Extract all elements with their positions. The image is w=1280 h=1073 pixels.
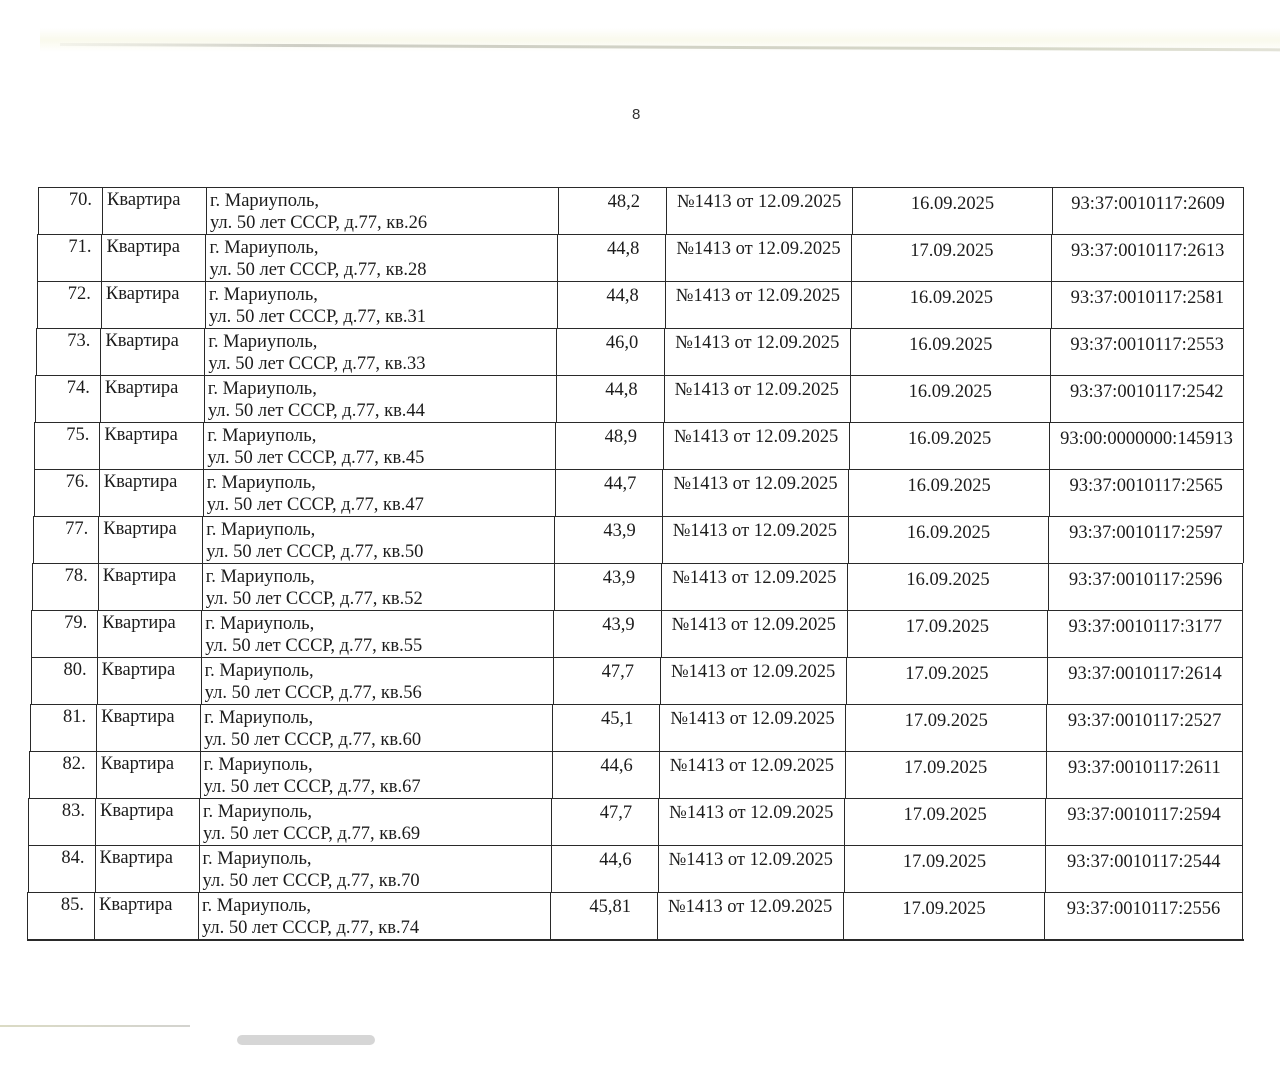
object-type-cell: Квартира (98, 564, 202, 610)
object-type: Квартира (106, 237, 180, 257)
cadastral-number-cell: 93:37:0010117:2544 (1045, 846, 1244, 892)
cadastral-number: 93:00:0000000:145913 (1060, 429, 1233, 449)
row-number: 71. (68, 237, 91, 257)
area-value-cell: 47,7 (553, 658, 660, 704)
object-type: Квартира (102, 613, 176, 633)
table-row: 79.Квартираг. Мариуполь,ул. 50 лет СССР,… (31, 610, 1243, 657)
area-value: 43,9 (603, 568, 635, 588)
object-type-cell: Квартира (99, 423, 203, 469)
address-cell: г. Мариуполь,ул. 50 лет СССР, д.77, кв.2… (205, 235, 557, 281)
area-value-cell: 45,1 (552, 705, 659, 751)
area-value: 47,7 (600, 803, 632, 823)
cadastral-number: 93:37:0010117:2611 (1068, 758, 1221, 778)
row-number: 83. (62, 801, 85, 821)
registration-date-cell: 16.09.2025 (850, 329, 1050, 375)
address-cell: г. Мариуполь,ул. 50 лет СССР, д.77, кв.6… (200, 752, 552, 798)
address-street: ул. 50 лет СССР, д.77, кв.44 (208, 400, 556, 422)
row-number-cell: 75. (34, 423, 99, 469)
address-cell: г. Мариуполь,ул. 50 лет СССР, д.77, кв.4… (203, 470, 555, 516)
address-street: ул. 50 лет СССР, д.77, кв.70 (203, 870, 551, 892)
row-number-cell: 85. (27, 893, 94, 939)
address-city: г. Мариуполь, (209, 237, 557, 259)
order-reference: №1413 от 12.09.2025 (673, 521, 837, 541)
address-street: ул. 50 лет СССР, д.77, кв.26 (210, 212, 558, 234)
address-street: ул. 50 лет СССР, д.77, кв.67 (204, 776, 552, 798)
area-value-cell: 44,8 (557, 282, 665, 328)
address-city: г. Мариуполь, (208, 378, 556, 400)
area-value-cell: 46,0 (556, 329, 664, 375)
area-value: 44,7 (604, 474, 636, 494)
order-reference: №1413 от 12.09.2025 (676, 286, 840, 306)
object-type: Квартира (103, 519, 177, 539)
row-number-cell: 76. (34, 470, 99, 516)
cadastral-number-cell: 93:37:0010117:3177 (1047, 611, 1243, 657)
registration-date: 17.09.2025 (903, 852, 986, 872)
registration-date: 16.09.2025 (908, 429, 991, 449)
address-street: ул. 50 лет СССР, д.77, кв.55 (205, 635, 553, 657)
registration-date-cell: 16.09.2025 (851, 282, 1051, 328)
order-reference-cell: №1413 от 12.09.2025 (659, 752, 845, 798)
area-value-cell: 43,9 (553, 611, 660, 657)
address-cell: г. Мариуполь,ул. 50 лет СССР, д.77, кв.7… (199, 846, 551, 892)
registration-date: 17.09.2025 (905, 711, 988, 731)
table-row: 83.Квартираг. Мариуполь,ул. 50 лет СССР,… (28, 798, 1243, 845)
cadastral-number-cell: 93:37:0010117:2609 (1052, 188, 1244, 234)
row-number: 77. (65, 519, 88, 539)
cadastral-number-cell: 93:00:0000000:145913 (1049, 423, 1243, 469)
address-street: ул. 50 лет СССР, д.77, кв.74 (202, 917, 550, 939)
cadastral-number-cell: 93:37:0010117:2527 (1046, 705, 1243, 751)
address-city: г. Мариуполь, (204, 754, 552, 776)
row-number: 79. (64, 613, 87, 633)
object-type: Квартира (100, 801, 174, 821)
object-type-cell: Квартира (100, 329, 204, 375)
registration-date-cell: 16.09.2025 (850, 376, 1050, 422)
row-number: 78. (65, 566, 88, 586)
table-row: 77.Квартираг. Мариуполь,ул. 50 лет СССР,… (33, 516, 1244, 563)
registration-date-cell: 17.09.2025 (844, 846, 1045, 892)
registration-date-cell: 17.09.2025 (844, 799, 1045, 845)
object-type-cell: Квартира (102, 188, 206, 234)
order-reference: №1413 от 12.09.2025 (670, 709, 834, 729)
registration-date-cell: 17.09.2025 (847, 611, 1048, 657)
area-value-cell: 44,8 (556, 376, 664, 422)
area-value: 44,6 (600, 756, 632, 776)
cadastral-number-cell: 93:37:0010117:2596 (1048, 564, 1244, 610)
order-reference-cell: №1413 от 12.09.2025 (658, 799, 844, 845)
area-value-cell: 48,2 (558, 188, 666, 234)
order-reference-cell: №1413 от 12.09.2025 (664, 329, 850, 375)
area-value: 48,9 (605, 427, 637, 447)
object-type-cell: Квартира (98, 517, 202, 563)
area-value: 45,81 (589, 897, 631, 917)
row-number-cell: 77. (33, 517, 98, 563)
row-number-cell: 80. (31, 658, 97, 704)
area-value-cell: 45,81 (550, 893, 657, 939)
order-reference: №1413 от 12.09.2025 (668, 897, 832, 917)
registration-date: 17.09.2025 (906, 617, 989, 637)
table-row: 76.Квартираг. Мариуполь,ул. 50 лет СССР,… (34, 469, 1244, 516)
object-type: Квартира (101, 754, 175, 774)
order-reference-cell: №1413 от 12.09.2025 (661, 564, 847, 610)
registration-date-cell: 17.09.2025 (846, 658, 1047, 704)
address-city: г. Мариуполь, (204, 707, 552, 729)
address-street: ул. 50 лет СССР, д.77, кв.50 (206, 541, 554, 563)
property-table: 70.Квартираг. Мариуполь,ул. 50 лет СССР,… (0, 0, 1280, 1073)
registration-date-cell: 17.09.2025 (843, 893, 1044, 939)
object-type: Квартира (103, 566, 177, 586)
table-row: 75.Квартираг. Мариуполь,ул. 50 лет СССР,… (34, 422, 1243, 469)
table-row: 80.Квартираг. Мариуполь,ул. 50 лет СССР,… (31, 657, 1244, 704)
address-cell: г. Мариуполь,ул. 50 лет СССР, д.77, кв.5… (201, 658, 553, 704)
cadastral-number-cell: 93:37:0010117:2553 (1050, 329, 1243, 375)
registration-date: 16.09.2025 (909, 335, 992, 355)
row-number: 72. (68, 284, 91, 304)
row-number-cell: 82. (29, 752, 95, 798)
area-value-cell: 44,8 (557, 235, 665, 281)
object-type: Квартира (104, 425, 178, 445)
object-type-cell: Квартира (94, 893, 198, 939)
registration-date-cell: 16.09.2025 (852, 188, 1052, 234)
address-city: г. Мариуполь, (205, 613, 553, 635)
address-street: ул. 50 лет СССР, д.77, кв.60 (204, 729, 552, 751)
registration-date: 16.09.2025 (906, 570, 989, 590)
address-city: г. Мариуполь, (202, 895, 550, 917)
object-type-cell: Квартира (101, 235, 205, 281)
object-type-cell: Квартира (97, 658, 201, 704)
registration-date-cell: 16.09.2025 (848, 517, 1048, 563)
address-cell: г. Мариуполь,ул. 50 лет СССР, д.77, кв.3… (205, 282, 557, 328)
row-number: 84. (61, 848, 84, 868)
cadastral-number-cell: 93:37:0010117:2542 (1050, 376, 1244, 422)
area-value-cell: 44,6 (551, 846, 658, 892)
address-city: г. Мариуполь, (205, 660, 553, 682)
object-type-cell: Квартира (101, 282, 205, 328)
table-row: 74.Квартираг. Мариуполь,ул. 50 лет СССР,… (35, 375, 1244, 422)
object-type: Квартира (102, 660, 176, 680)
row-number-cell: 78. (32, 564, 98, 610)
area-value-cell: 43,9 (554, 564, 661, 610)
cadastral-number: 93:37:0010117:3177 (1069, 617, 1222, 637)
area-value-cell: 43,9 (554, 517, 662, 563)
row-number: 81. (63, 707, 86, 727)
order-reference: №1413 от 12.09.2025 (670, 756, 834, 776)
object-type: Квартира (99, 895, 173, 915)
order-reference: №1413 от 12.09.2025 (675, 333, 839, 353)
registration-date-cell: 17.09.2025 (845, 752, 1046, 798)
row-number: 73. (67, 331, 90, 351)
row-number-cell: 79. (31, 611, 97, 657)
cadastral-number: 93:37:0010117:2614 (1068, 664, 1221, 684)
registration-date: 16.09.2025 (909, 382, 992, 402)
registration-date-cell: 17.09.2025 (851, 235, 1051, 281)
area-value: 44,8 (607, 239, 639, 259)
address-city: г. Мариуполь, (207, 472, 555, 494)
order-reference-cell: №1413 от 12.09.2025 (658, 846, 844, 892)
address-city: г. Мариуполь, (209, 284, 557, 306)
area-value: 43,9 (602, 615, 634, 635)
order-reference: №1413 от 12.09.2025 (674, 427, 838, 447)
area-value: 44,6 (599, 850, 631, 870)
address-cell: г. Мариуполь,ул. 50 лет СССР, д.77, кв.6… (200, 705, 552, 751)
address-cell: г. Мариуполь,ул. 50 лет СССР, д.77, кв.7… (198, 893, 550, 939)
object-type: Квартира (105, 378, 179, 398)
order-reference-cell: №1413 от 12.09.2025 (666, 188, 852, 234)
address-city: г. Мариуполь, (203, 801, 551, 823)
area-value-cell: 44,7 (555, 470, 663, 516)
address-cell: г. Мариуполь,ул. 50 лет СССР, д.77, кв.5… (202, 564, 554, 610)
order-reference-cell: №1413 от 12.09.2025 (662, 470, 848, 516)
order-reference: №1413 от 12.09.2025 (673, 474, 837, 494)
row-number-cell: 84. (28, 846, 95, 892)
row-number: 82. (62, 754, 85, 774)
table-row: 82.Квартираг. Мариуполь,ул. 50 лет СССР,… (29, 751, 1243, 798)
area-value-cell: 48,9 (555, 423, 663, 469)
cadastral-number: 93:37:0010117:2565 (1069, 476, 1222, 496)
cadastral-number: 93:37:0010117:2596 (1069, 570, 1222, 590)
cadastral-number-cell: 93:37:0010117:2556 (1044, 893, 1243, 939)
registration-date: 17.09.2025 (905, 664, 988, 684)
address-street: ул. 50 лет СССР, д.77, кв.56 (205, 682, 553, 704)
row-number-cell: 70. (38, 188, 102, 234)
cadastral-number: 93:37:0010117:2594 (1067, 805, 1220, 825)
object-type-cell: Квартира (96, 752, 200, 798)
cadastral-number: 93:37:0010117:2556 (1067, 899, 1220, 919)
object-type: Квартира (101, 707, 175, 727)
registration-date: 16.09.2025 (910, 288, 993, 308)
cadastral-number: 93:37:0010117:2542 (1070, 382, 1223, 402)
table-row: 71.Квартираг. Мариуполь,ул. 50 лет СССР,… (37, 234, 1244, 281)
row-number-cell: 73. (36, 329, 101, 375)
registration-date: 17.09.2025 (902, 899, 985, 919)
object-type: Квартира (100, 848, 174, 868)
row-number-cell: 72. (37, 282, 101, 328)
registration-date: 17.09.2025 (904, 758, 987, 778)
address-cell: г. Мариуполь,ул. 50 лет СССР, д.77, кв.4… (204, 376, 556, 422)
registration-date-cell: 17.09.2025 (845, 705, 1046, 751)
object-type-cell: Квартира (95, 846, 199, 892)
table-row: 70.Квартираг. Мариуполь,ул. 50 лет СССР,… (38, 187, 1244, 234)
order-reference: №1413 от 12.09.2025 (677, 192, 841, 212)
registration-date-cell: 16.09.2025 (849, 423, 1049, 469)
cadastral-number: 93:37:0010117:2553 (1070, 335, 1223, 355)
address-city: г. Мариуполь, (203, 848, 551, 870)
table-row: 78.Квартираг. Мариуполь,ул. 50 лет СССР,… (32, 563, 1243, 610)
address-street: ул. 50 лет СССР, д.77, кв.33 (208, 353, 556, 375)
cadastral-number-cell: 93:37:0010117:2597 (1048, 517, 1243, 563)
address-city: г. Мариуполь, (206, 566, 554, 588)
cadastral-number-cell: 93:37:0010117:2613 (1051, 235, 1243, 281)
area-value: 44,8 (606, 286, 638, 306)
address-cell: г. Мариуполь,ул. 50 лет СССР, д.77, кв.5… (201, 611, 553, 657)
registration-date: 16.09.2025 (911, 194, 994, 214)
area-value-cell: 47,7 (551, 799, 658, 845)
table-row: 81.Квартираг. Мариуполь,ул. 50 лет СССР,… (30, 704, 1243, 751)
registration-date: 16.09.2025 (907, 523, 990, 543)
order-reference-cell: №1413 от 12.09.2025 (657, 893, 843, 939)
table-row: 73.Квартираг. Мариуполь,ул. 50 лет СССР,… (36, 328, 1244, 375)
address-street: ул. 50 лет СССР, д.77, кв.28 (209, 259, 557, 281)
object-type-cell: Квартира (99, 470, 203, 516)
scan-paper-edge-bottom (0, 1025, 190, 1027)
row-number: 70. (69, 190, 92, 210)
cadastral-number-cell: 93:37:0010117:2614 (1047, 658, 1244, 704)
cadastral-number-cell: 93:37:0010117:2565 (1049, 470, 1244, 516)
address-city: г. Мариуполь, (207, 425, 555, 447)
address-cell: г. Мариуполь,ул. 50 лет СССР, д.77, кв.3… (204, 329, 556, 375)
address-city: г. Мариуполь, (208, 331, 556, 353)
row-number-cell: 71. (37, 235, 101, 281)
object-type-cell: Квартира (100, 376, 204, 422)
address-street: ул. 50 лет СССР, д.77, кв.52 (206, 588, 554, 610)
address-cell: г. Мариуполь,ул. 50 лет СССР, д.77, кв.5… (202, 517, 554, 563)
row-number: 74. (67, 378, 90, 398)
object-type-cell: Квартира (95, 799, 199, 845)
order-reference: №1413 от 12.09.2025 (669, 803, 833, 823)
object-type-cell: Квартира (96, 705, 200, 751)
row-number-cell: 74. (35, 376, 100, 422)
address-city: г. Мариуполь, (210, 190, 558, 212)
cadastral-number-cell: 93:37:0010117:2594 (1045, 799, 1243, 845)
row-number-cell: 83. (28, 799, 95, 845)
address-street: ул. 50 лет СССР, д.77, кв.69 (203, 823, 551, 845)
order-reference-cell: №1413 от 12.09.2025 (662, 517, 848, 563)
address-city: г. Мариуполь, (206, 519, 554, 541)
object-type: Квартира (104, 472, 178, 492)
cadastral-number: 93:37:0010117:2544 (1067, 852, 1220, 872)
order-reference-cell: №1413 от 12.09.2025 (661, 611, 847, 657)
object-type: Квартира (105, 331, 179, 351)
cadastral-number: 93:37:0010117:2527 (1068, 711, 1221, 731)
order-reference-cell: №1413 от 12.09.2025 (660, 658, 846, 704)
table-row: 85.Квартираг. Мариуполь,ул. 50 лет СССР,… (27, 892, 1243, 939)
cadastral-number-cell: 93:37:0010117:2611 (1046, 752, 1244, 798)
area-value: 46,0 (606, 333, 638, 353)
order-reference: №1413 от 12.09.2025 (672, 568, 836, 588)
area-value: 47,7 (602, 662, 634, 682)
registration-date-cell: 16.09.2025 (847, 564, 1048, 610)
order-reference: №1413 от 12.09.2025 (669, 850, 833, 870)
order-reference-cell: №1413 от 12.09.2025 (664, 376, 850, 422)
home-indicator[interactable] (237, 1035, 375, 1045)
address-street: ул. 50 лет СССР, д.77, кв.45 (207, 447, 555, 469)
row-number: 75. (66, 425, 89, 445)
cadastral-number: 93:37:0010117:2609 (1071, 194, 1224, 214)
row-number-cell: 81. (30, 705, 96, 751)
cadastral-number: 93:37:0010117:2581 (1071, 288, 1224, 308)
order-reference-cell: №1413 от 12.09.2025 (665, 282, 851, 328)
address-cell: г. Мариуполь,ул. 50 лет СССР, д.77, кв.6… (199, 799, 551, 845)
cadastral-number-cell: 93:37:0010117:2581 (1051, 282, 1244, 328)
order-reference-cell: №1413 от 12.09.2025 (665, 235, 851, 281)
address-cell: г. Мариуполь,ул. 50 лет СССР, д.77, кв.2… (206, 188, 558, 234)
object-type: Квартира (107, 190, 181, 210)
row-number: 85. (61, 895, 84, 915)
order-reference-cell: №1413 от 12.09.2025 (659, 705, 845, 751)
table-row: 84.Квартираг. Мариуполь,ул. 50 лет СССР,… (28, 845, 1243, 892)
order-reference: №1413 от 12.09.2025 (671, 662, 835, 682)
order-reference: №1413 от 12.09.2025 (672, 615, 836, 635)
object-type-cell: Квартира (97, 611, 201, 657)
order-reference-cell: №1413 от 12.09.2025 (663, 423, 849, 469)
row-number: 76. (66, 472, 89, 492)
registration-date-cell: 16.09.2025 (848, 470, 1048, 516)
order-reference: №1413 от 12.09.2025 (676, 239, 840, 259)
row-number: 80. (64, 660, 87, 680)
table-bottom-border (27, 939, 1244, 941)
area-value: 44,8 (605, 380, 637, 400)
order-reference: №1413 от 12.09.2025 (675, 380, 839, 400)
area-value: 45,1 (601, 709, 633, 729)
registration-date: 17.09.2025 (903, 805, 986, 825)
table-row: 72.Квартираг. Мариуполь,ул. 50 лет СССР,… (37, 281, 1244, 328)
address-cell: г. Мариуполь,ул. 50 лет СССР, д.77, кв.4… (203, 423, 555, 469)
address-street: ул. 50 лет СССР, д.77, кв.47 (207, 494, 555, 516)
area-value-cell: 44,6 (552, 752, 659, 798)
registration-date: 17.09.2025 (910, 241, 993, 261)
object-type: Квартира (106, 284, 180, 304)
address-street: ул. 50 лет СССР, д.77, кв.31 (209, 306, 557, 328)
cadastral-number: 93:37:0010117:2597 (1069, 523, 1222, 543)
area-value: 48,2 (608, 192, 640, 212)
area-value: 43,9 (603, 521, 635, 541)
registration-date: 16.09.2025 (907, 476, 990, 496)
cadastral-number: 93:37:0010117:2613 (1071, 241, 1224, 261)
